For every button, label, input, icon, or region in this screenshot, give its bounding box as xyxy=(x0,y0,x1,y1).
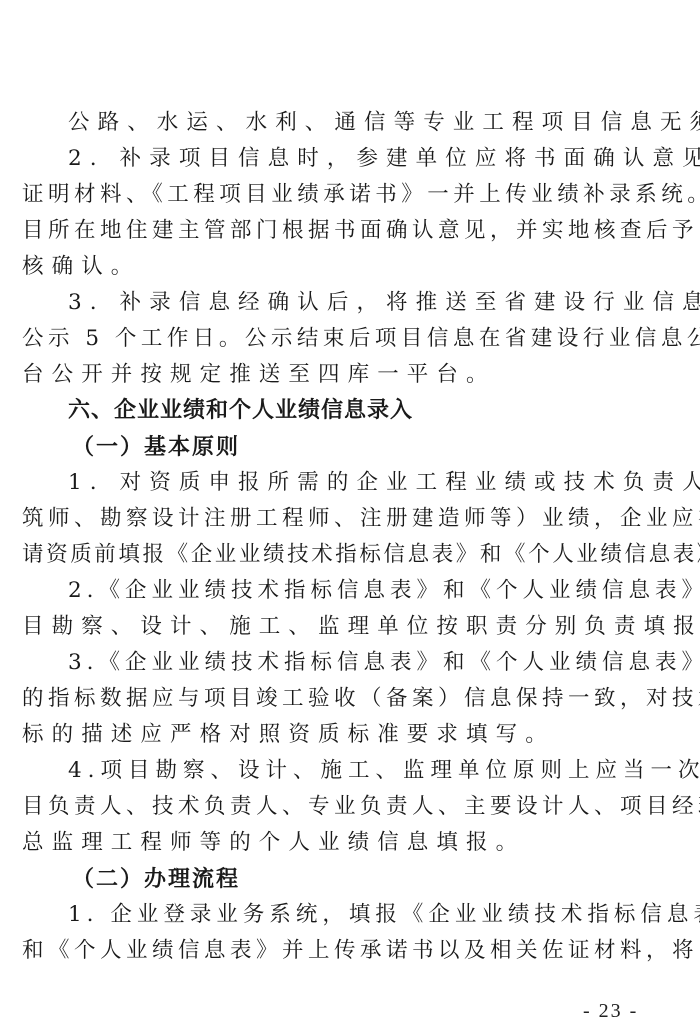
document-page: 公路、水运、水利、通信等专业工程项目信息无须补录。 2. 补录项目信息时，参建单… xyxy=(22,105,644,969)
paragraph-line: 证明材料、《工程项目业绩承诺书》一并上传业绩补录系统。项 xyxy=(22,177,644,213)
paragraph-line: 1. 企业登录业务系统，填报《企业业绩技术指标信息表》 xyxy=(22,897,644,933)
paragraph-line: 3.《企业业绩技术指标信息表》和《个人业绩信息表》填报 xyxy=(22,645,644,681)
subsection-heading: （二）办理流程 xyxy=(22,861,644,897)
paragraph-line: 核确认。 xyxy=(22,249,644,285)
subsection-heading: （一）基本原则 xyxy=(22,429,644,465)
paragraph-line: 请资质前填报《企业业绩技术指标信息表》和《个人业绩信息表》。 xyxy=(22,537,644,573)
paragraph-line: 目所在地住建主管部门根据书面确认意见，并实地核查后予以审 xyxy=(22,213,644,249)
paragraph-line: 2.《企业业绩技术指标信息表》和《个人业绩信息表》由项 xyxy=(22,573,644,609)
paragraph-line: 标的描述应严格对照资质标准要求填写。 xyxy=(22,717,644,753)
paragraph-line: 筑师、勘察设计注册工程师、注册建造师等）业绩，企业应在申 xyxy=(22,501,644,537)
paragraph-line: 1. 对资质申报所需的企业工程业绩或技术负责人（注册建 xyxy=(22,465,644,501)
paragraph-line: 目负责人、技术负责人、专业负责人、主要设计人、项目经理、 xyxy=(22,789,644,825)
page-number: - 23 - xyxy=(583,1000,638,1023)
paragraph-line: 的指标数据应与项目竣工验收（备案）信息保持一致，对技术指 xyxy=(22,681,644,717)
paragraph-line: 台公开并按规定推送至四库一平台。 xyxy=(22,357,644,393)
paragraph-line: 和《个人业绩信息表》并上传承诺书以及相关佐证材料，将申请 xyxy=(22,933,644,969)
paragraph-line: 4.项目勘察、设计、施工、监理单位原则上应当一次完成项 xyxy=(22,753,644,789)
paragraph-line: 公示 5 个工作日。公示结束后项目信息在省建设行业信息公开平 xyxy=(22,321,644,357)
section-heading: 六、企业业绩和个人业绩信息录入 xyxy=(22,393,644,429)
paragraph-line: 总监理工程师等的个人业绩信息填报。 xyxy=(22,825,644,861)
paragraph-line: 目勘察、设计、施工、监理单位按职责分别负责填报。 xyxy=(22,609,644,645)
paragraph-line: 3. 补录信息经确认后，将推送至省建设行业信息公开平台 xyxy=(22,285,644,321)
paragraph-line: 2. 补录项目信息时，参建单位应将书面确认意见连同相关 xyxy=(22,141,644,177)
paragraph-line: 公路、水运、水利、通信等专业工程项目信息无须补录。 xyxy=(22,105,644,141)
